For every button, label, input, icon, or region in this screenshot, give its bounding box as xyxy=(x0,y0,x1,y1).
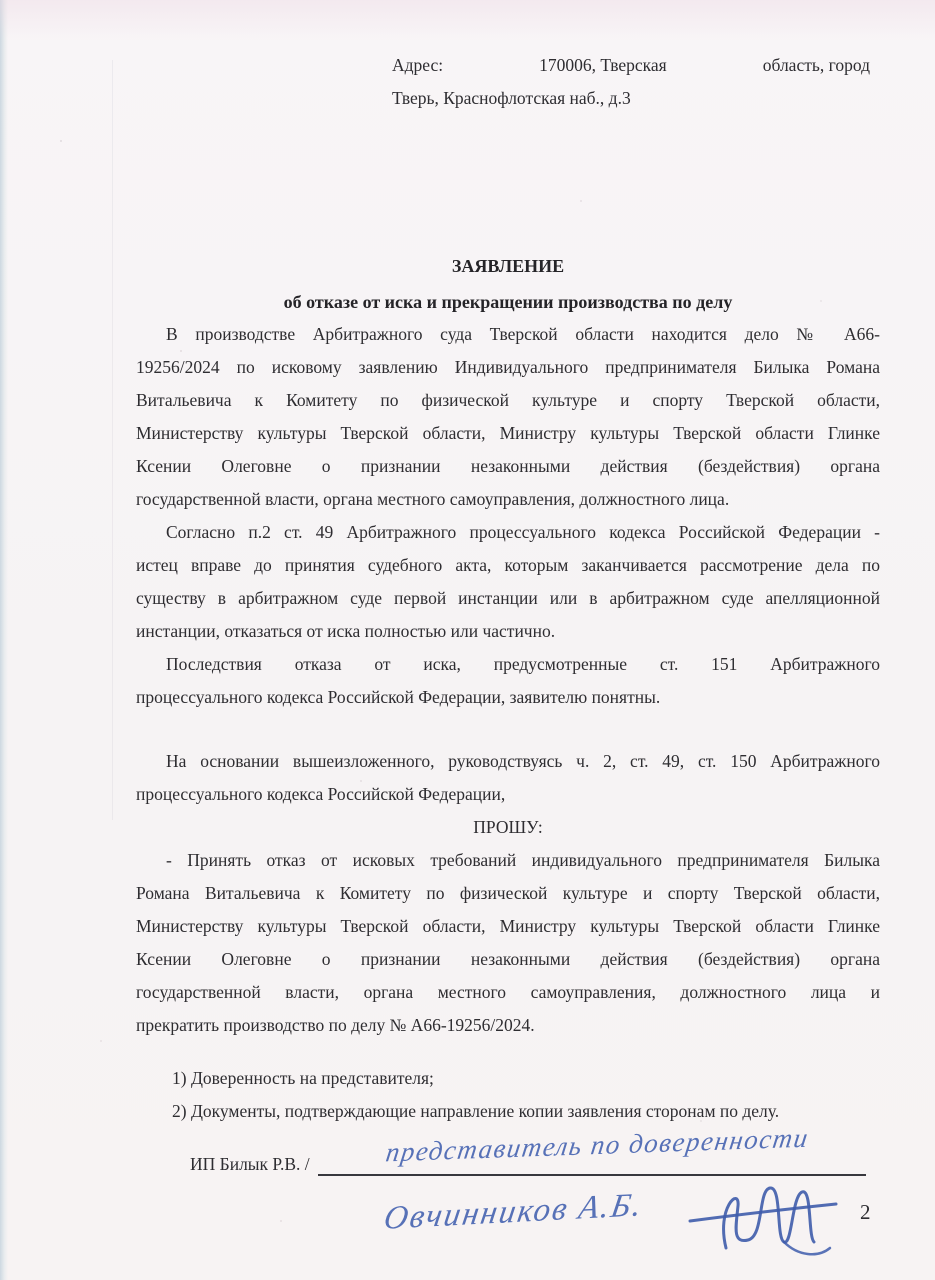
handwritten-name-annotation: Овчинников А.Б. xyxy=(381,1187,646,1238)
paragraph-2-line: существу в арбитражном суде первой инста… xyxy=(136,582,880,615)
scanned-document: { "header": { "line1": { "part1": "Адрес… xyxy=(0,0,935,1280)
page-number: 2 xyxy=(860,1200,871,1225)
document-body: В производстве Арбитражного суда Тверско… xyxy=(136,318,880,1128)
address-line-1: Адрес: 170006, Тверская область, город xyxy=(392,49,870,82)
blank-line xyxy=(136,1042,880,1062)
address-postcode-region: 170006, Тверская xyxy=(539,49,667,82)
paragraph-5-line: - Принять отказ от исковых требований ин… xyxy=(136,844,880,877)
signature-flourish xyxy=(688,1178,838,1263)
paragraph-5-line: Министерству культуры Тверской области, … xyxy=(136,910,880,943)
address-label: Адрес: xyxy=(392,49,443,82)
page-left-edge xyxy=(0,0,8,1280)
paragraph-5-line: прекратить производство по делу № А66-19… xyxy=(136,1009,880,1042)
document-subtitle: об отказе от иска и прекращении производ… xyxy=(136,286,880,319)
paragraph-1-line: 19256/2024 по исковому заявлению Индивид… xyxy=(136,351,880,384)
paragraph-5-line: государственной власти, органа местного … xyxy=(136,976,880,1009)
paragraph-2-line: инстанции, отказаться от иска полностью … xyxy=(136,615,880,648)
paragraph-2-line: истец вправе до принятия судебного акта,… xyxy=(136,549,880,582)
paragraph-4-line: На основании вышеизложенного, руководств… xyxy=(136,745,880,778)
paragraph-1-line: государственной власти, органа местного … xyxy=(136,483,880,516)
paragraph-1-line: Ксении Олеговне о признании незаконными … xyxy=(136,450,880,483)
signatory-label: ИП Билык Р.В. / xyxy=(190,1148,318,1181)
paragraph-3-line: процессуального кодекса Российской Федер… xyxy=(136,681,880,714)
address-block: Адрес: 170006, Тверская область, город Т… xyxy=(392,49,870,115)
scan-fold-line xyxy=(112,60,113,820)
address-region-city: область, город xyxy=(763,49,870,82)
paragraph-2-line: Согласно п.2 ст. 49 Арбитражного процесс… xyxy=(136,516,880,549)
address-line-2: Тверь, Краснофлотская наб., д.3 xyxy=(392,82,870,115)
paragraph-3-line: Последствия отказа от иска, предусмотрен… xyxy=(136,648,880,681)
paragraph-5-line: Ксении Олеговне о признании незаконными … xyxy=(136,943,880,976)
request-heading: ПРОШУ: xyxy=(136,811,880,844)
scan-speckles xyxy=(60,140,62,142)
document-title: ЗАЯВЛЕНИЕ xyxy=(136,250,880,283)
blank-line xyxy=(136,714,880,745)
paragraph-4-line: процессуального кодекса Российской Федер… xyxy=(136,778,880,811)
paragraph-5-line: Романа Витальевича к Комитету по физичес… xyxy=(136,877,880,910)
attachment-item-1: 1) Доверенность на представителя; xyxy=(136,1062,880,1095)
paragraph-1-line: Витальевича к Комитету по физической кул… xyxy=(136,384,880,417)
scan-top-texture xyxy=(0,0,935,40)
paragraph-1-line: Министерству культуры Тверской области, … xyxy=(136,417,880,450)
paragraph-1-line: В производстве Арбитражного суда Тверско… xyxy=(136,318,880,351)
